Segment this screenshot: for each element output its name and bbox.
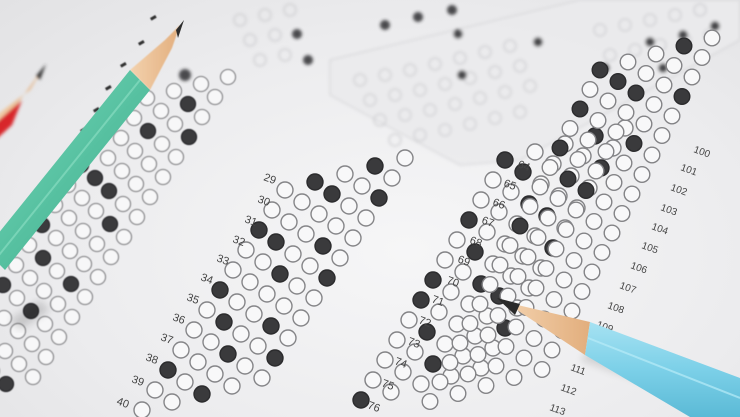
answer-bubble <box>628 85 644 101</box>
answer-bubble <box>425 356 441 372</box>
q-label: 107 <box>618 280 638 296</box>
q-label: 111 <box>569 362 587 378</box>
answer-bubble <box>473 192 489 208</box>
answer-bubble <box>610 74 626 90</box>
q-label: 36 <box>171 312 187 327</box>
answer-bubble <box>156 170 171 185</box>
answer-bubble <box>50 264 65 279</box>
answer-bubble <box>461 212 477 228</box>
answer-bubble <box>78 290 93 305</box>
answer-bubble <box>616 155 632 171</box>
answer-bubble <box>540 210 556 226</box>
answer-bubble <box>534 362 550 378</box>
answer-bubble <box>480 327 496 343</box>
answer-bubble <box>25 337 40 352</box>
answer-bubble <box>600 93 616 109</box>
q-label: 102 <box>669 182 689 198</box>
answer-bubble <box>552 140 568 156</box>
answer-bubble <box>168 117 183 132</box>
answer-bubble <box>530 230 546 246</box>
answer-bubble <box>367 158 383 174</box>
answer-bubble <box>568 202 584 218</box>
answer-bubble <box>259 286 275 302</box>
answer-bubble <box>624 186 640 202</box>
answer-bubble <box>199 302 215 318</box>
answer-bubble <box>280 330 296 346</box>
answer-bubble <box>207 366 223 382</box>
answer-bubble <box>538 261 554 277</box>
answer-bubble <box>128 144 143 159</box>
red-pencil <box>0 64 46 145</box>
answer-bubble <box>598 144 614 160</box>
answer-bubble <box>311 206 327 222</box>
answer-bubble <box>315 238 331 254</box>
answer-bubble <box>216 314 232 330</box>
answer-bubble <box>520 249 536 265</box>
answer-bubble <box>618 105 634 121</box>
answer-bubble <box>51 297 66 312</box>
answer-bubble <box>306 290 322 306</box>
answer-bubble <box>254 370 270 386</box>
answer-bubble <box>88 171 103 186</box>
answer-bubble <box>594 245 610 261</box>
answer-bubble <box>212 282 228 298</box>
answer-bubble <box>576 233 592 249</box>
answer-bubble <box>425 272 441 288</box>
answer-bubble <box>442 355 458 371</box>
answer-bubble <box>437 252 453 268</box>
answer-bubble <box>506 370 522 386</box>
q-label: 108 <box>606 300 626 316</box>
answer-bubble <box>498 339 514 355</box>
answer-bubble <box>526 331 542 347</box>
answer-bubble <box>164 394 180 410</box>
answer-bubble <box>450 386 466 402</box>
answer-bubble <box>298 226 314 242</box>
answer-bubble <box>512 218 528 234</box>
answer-bubble <box>620 54 636 70</box>
answer-bubble <box>572 101 588 117</box>
answer-bubble <box>147 382 163 398</box>
answer-bubble <box>129 177 144 192</box>
answer-bubble <box>103 217 118 232</box>
answer-bubble <box>101 151 116 166</box>
answer-bubble <box>674 89 690 105</box>
answer-bubble <box>0 278 11 293</box>
answer-bubble <box>608 124 624 140</box>
answer-bubble <box>377 352 393 368</box>
answer-bubble <box>542 160 558 176</box>
answer-bubble <box>548 241 564 257</box>
answer-bubble <box>666 58 682 74</box>
answer-bubble <box>478 378 494 394</box>
blue-pencil <box>497 298 740 417</box>
answer-bubble <box>490 308 506 324</box>
answer-bubble <box>160 362 176 378</box>
answer-bubble <box>263 318 279 334</box>
answer-bubble <box>656 77 672 93</box>
answer-sheet: 29 30 31 32 33 34 35 36 37 38 39 40 64 6… <box>0 0 740 417</box>
answer-bubble <box>37 284 52 299</box>
answer-bubble <box>182 130 197 145</box>
answer-bubble <box>186 322 202 338</box>
answer-bubble <box>694 50 710 66</box>
answer-bubble <box>586 214 602 230</box>
answer-bubble <box>194 386 210 402</box>
answer-bubble <box>90 237 105 252</box>
answer-bubble <box>564 303 580 319</box>
answer-bubble <box>497 152 513 168</box>
answer-bubble <box>62 211 77 226</box>
answer-bubble <box>142 157 157 172</box>
q-label: 39 <box>130 374 146 389</box>
answer-bubble <box>49 231 64 246</box>
answer-bubble <box>452 335 468 351</box>
answer-bubble <box>169 150 184 165</box>
answer-bubble <box>544 342 560 358</box>
answer-bubble <box>208 90 223 105</box>
answer-bubble <box>190 354 206 370</box>
answer-bubble <box>470 347 486 363</box>
q-label: 104 <box>650 221 670 237</box>
answer-bubble <box>588 163 604 179</box>
answer-bubble <box>614 206 630 222</box>
answer-bubble <box>12 357 27 372</box>
answer-bubble <box>115 164 130 179</box>
answer-bubble <box>532 179 548 195</box>
answer-bubble <box>482 277 498 293</box>
answer-bubble <box>508 319 524 335</box>
answer-bubble <box>413 292 429 308</box>
answer-bubble <box>562 121 578 137</box>
q-label: 35 <box>185 292 201 307</box>
answer-bubble <box>154 104 169 119</box>
answer-bubble <box>472 296 488 312</box>
answer-bubble <box>345 230 361 246</box>
answer-bubble <box>134 402 150 417</box>
answer-bubble <box>195 110 210 125</box>
answer-bubble <box>337 166 353 182</box>
answer-bubble <box>237 358 253 374</box>
answer-bubble <box>64 277 79 292</box>
answer-bubble <box>116 197 131 212</box>
answer-bubble <box>570 152 586 168</box>
answer-bubble <box>654 128 670 144</box>
answer-bubble <box>488 358 504 374</box>
answer-bubble <box>574 284 590 300</box>
q-label: 100 <box>692 144 712 160</box>
answer-bubble <box>130 210 145 225</box>
answer-bubble <box>354 178 370 194</box>
answer-bubble <box>636 116 652 132</box>
answer-bubble <box>510 269 526 285</box>
answer-bubble <box>293 310 309 326</box>
q-label: 101 <box>679 162 699 178</box>
answer-bubble <box>307 174 323 190</box>
answer-bubble <box>173 342 189 358</box>
answer-bubble <box>397 150 413 166</box>
q-label: 34 <box>199 272 215 287</box>
answer-bubble <box>114 131 129 146</box>
answer-bubble <box>432 374 448 390</box>
answer-bubble <box>485 172 501 188</box>
answer-bubble <box>332 250 348 266</box>
answer-bubble <box>604 225 620 241</box>
answer-bubble <box>0 311 12 326</box>
answer-bubble <box>556 272 572 288</box>
answer-bubble <box>319 270 335 286</box>
answer-bubble <box>401 312 417 328</box>
answer-bubble <box>590 113 606 129</box>
answer-bubble <box>242 274 258 290</box>
answer-bubble <box>194 77 209 92</box>
q-label: 105 <box>640 240 660 256</box>
answer-bubble <box>644 147 660 163</box>
answer-bubble <box>104 250 119 265</box>
answer-bubble <box>76 224 91 239</box>
answer-sheet-photo: 29 30 31 32 33 34 35 36 37 38 39 40 64 6… <box>0 0 740 417</box>
q-label: 106 <box>629 260 649 276</box>
answer-bubble <box>516 350 532 366</box>
answer-bubble <box>203 334 219 350</box>
answer-bubble <box>23 271 38 286</box>
answer-bubble <box>437 336 453 352</box>
answer-bubble <box>267 350 283 366</box>
answer-bubble <box>592 62 608 78</box>
answer-bubble <box>449 232 465 248</box>
answer-bubble <box>358 210 374 226</box>
q-label: 103 <box>659 202 679 218</box>
answer-bubble <box>181 97 196 112</box>
answer-bubble <box>281 214 297 230</box>
answer-bubble <box>268 234 284 250</box>
answer-bubble <box>221 70 236 85</box>
answer-bubble <box>558 222 574 238</box>
answer-bubble <box>229 294 245 310</box>
answer-bubble <box>26 370 41 385</box>
answer-bubble <box>102 184 117 199</box>
answer-bubble <box>648 46 664 62</box>
answer-bubble <box>220 346 236 362</box>
answer-bubble <box>502 238 518 254</box>
answer-bubble <box>384 170 400 186</box>
answer-bubble <box>527 144 543 160</box>
answer-bubble <box>177 374 193 390</box>
answer-bubble <box>246 306 262 322</box>
answer-bubble <box>328 218 344 234</box>
answer-bubble <box>638 66 654 82</box>
answer-bubble <box>75 191 90 206</box>
answer-bubble <box>626 136 642 152</box>
answer-bubble <box>371 190 387 206</box>
answer-bubble <box>684 69 700 85</box>
answer-bubble <box>0 344 13 359</box>
answer-bubble <box>584 264 600 280</box>
answer-bubble <box>341 198 357 214</box>
answer-bubble <box>413 376 429 392</box>
answer-bubble <box>606 175 622 191</box>
q-label: 37 <box>159 332 175 347</box>
answer-bubble <box>422 394 438 410</box>
answer-bubble <box>324 186 340 202</box>
answer-bubble <box>550 191 566 207</box>
answer-bubble <box>596 194 612 210</box>
answer-bubble <box>522 199 538 215</box>
answer-bubble <box>141 124 156 139</box>
answer-bubble <box>10 291 25 306</box>
answer-bubble <box>302 258 318 274</box>
answer-bubble <box>528 280 544 296</box>
answer-bubble <box>365 372 381 388</box>
answer-bubble <box>704 30 720 46</box>
answer-bubble <box>582 82 598 98</box>
answer-bubble <box>566 253 582 269</box>
answer-bubble <box>0 377 14 392</box>
answer-bubble <box>77 257 92 272</box>
answer-bubble <box>233 326 249 342</box>
answer-bubble <box>224 378 240 394</box>
answer-bubble <box>38 317 53 332</box>
answer-bubble <box>646 97 662 113</box>
answer-bubble <box>63 244 78 259</box>
answer-bubble <box>353 392 369 408</box>
q-label: 76 <box>366 400 382 415</box>
answer-bubble <box>294 194 310 210</box>
answer-bubble <box>462 316 478 332</box>
answer-bubble <box>89 204 104 219</box>
answer-bubble <box>289 278 305 294</box>
answer-bubble <box>560 171 576 187</box>
answer-bubble <box>546 292 562 308</box>
answer-bubble <box>65 310 80 325</box>
answer-bubble <box>36 251 51 266</box>
q-label: 113 <box>548 402 567 417</box>
answer-bubble <box>634 167 650 183</box>
answer-bubble <box>664 108 680 124</box>
answer-bubble <box>578 183 594 199</box>
answer-bubble <box>389 332 405 348</box>
answer-bubble <box>277 182 293 198</box>
answer-bubble <box>492 257 508 273</box>
answer-bubble <box>460 366 476 382</box>
answer-bubble <box>143 190 158 205</box>
answer-bubble <box>52 330 67 345</box>
answer-bubble <box>580 132 596 148</box>
answer-bubble <box>117 230 132 245</box>
answer-bubble <box>39 350 54 365</box>
q-label: 29 <box>262 172 278 187</box>
answer-bubble <box>255 254 271 270</box>
answer-bubble <box>276 298 292 314</box>
answer-bubble <box>167 84 182 99</box>
q-label: 40 <box>115 396 131 411</box>
answer-bubble <box>676 38 692 54</box>
answer-bubble <box>250 338 266 354</box>
answer-bubble <box>155 137 170 152</box>
answer-bubble <box>91 270 106 285</box>
q-label: 112 <box>559 382 578 398</box>
q-label: 38 <box>144 352 160 367</box>
answer-bubble <box>285 246 301 262</box>
answer-bubble <box>272 266 288 282</box>
